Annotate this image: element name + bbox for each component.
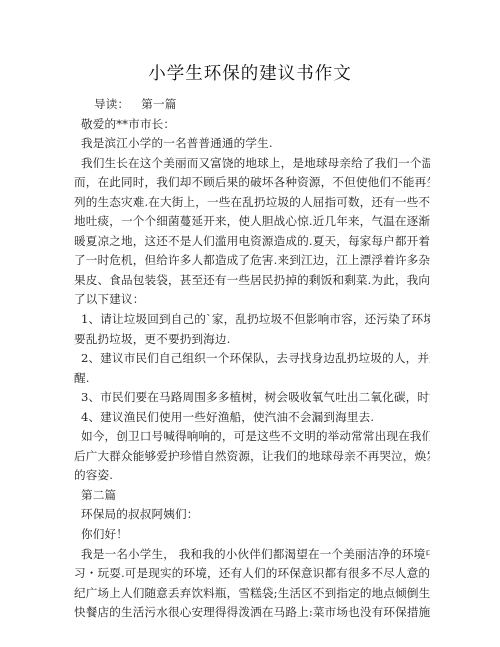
text-line: 醒. xyxy=(74,369,430,389)
text-line: 3、市民们要在马路周围多多植树，树会吸收氧气吐出二氧化碳，时空气更清新. xyxy=(74,388,430,408)
text-line: 你们好！ xyxy=(74,525,430,545)
text-line: 纪广场上人们随意丢弃饮料瓶，雪糕袋;生活区不到指定的地点倾倒生活垃圾;饭店， xyxy=(74,584,430,604)
text-line: 我是一名小学生， 我和我的小伙伴们都渴望在一个美丽洁净的环境中生活・学 xyxy=(74,545,430,565)
document-page: 小学生环保的建议书作文 导读：第一篇 敬爱的**市市长：我是滨江小学的一名普普通… xyxy=(0,0,500,647)
text-line: 第二篇 xyxy=(74,486,430,506)
lead-label: 导读： xyxy=(94,97,129,111)
lead-value: 第一篇 xyxy=(141,97,176,111)
text-line: 要乱扔垃圾，更不要扔到海边. xyxy=(74,330,430,350)
document-title: 小学生环保的建议书作文 xyxy=(0,60,500,85)
text-line: 了一时危机，但给许多人都造成了危害.来到江边，江上漂浮着许多杂物，有罐头、水 xyxy=(74,251,430,271)
text-line: 习・玩耍.可是现实的环境，还有人们的环保意识都有很多不尽人意的地方.如:新世 xyxy=(74,564,430,584)
text-line: 列的生态灾难.在大街上，一些在乱扔垃圾的人屈指可数，还有一些不讲卫生的人随 xyxy=(74,193,430,213)
text-line: 后广大群众能够爱护珍惜自然资源，让我们的地球母亲不再哭泣，焕发以前年轻美丽 xyxy=(74,447,430,467)
text-line: 环保局的叔叔阿姨们： xyxy=(74,505,430,525)
paragraph-lines: 敬爱的**市市长：我是滨江小学的一名普普通通的学生.我们生长在这个美丽而又富饶的… xyxy=(74,115,430,623)
text-line: 果皮、食品包装袋，甚至还有一些居民扔掉的剩饭和剩菜.为此，我向您诚恳地提出 xyxy=(74,271,430,291)
text-line: 快餐店的生活污水很心安理得得泼洒在马路上:菜市场也没有环保措施，常年散发着 xyxy=(74,603,430,623)
text-line: 暖夏凉之地，这还不是人们滥用电资源造成的.夏天，每家每户都开着空调，虽然解决 xyxy=(74,232,430,252)
text-line: 2、建议市民们自己组织一个环保队，去寻找身边乱扔垃圾的人，并进行教育和提 xyxy=(74,349,430,369)
text-line: 4、建议渔民们使用一些好渔船，使汽油不会漏到海里去. xyxy=(74,408,430,428)
text-line: 了以下建议： xyxy=(74,290,430,310)
text-line: 的容姿. xyxy=(74,466,430,486)
text-line: 而，在此同时，我们却不顾后果的破坏各种资源，不但使他们不能再生，还造成了一系 xyxy=(74,173,430,193)
text-line: 地吐痰，一个个细菌蔓延开来，使人胆战心惊.近几年来，气温在逐渐上升，不再是冬 xyxy=(74,212,430,232)
text-line: 如今，创卫口号喊得响响的，可是这些不文明的举动常常出现在我们眼帘，希望以 xyxy=(74,427,430,447)
text-line: 1、请让垃圾回到自己的`家，乱扔垃圾不但影响市容，还污染了环境，请市民们不 xyxy=(74,310,430,330)
lead-line: 导读：第一篇 xyxy=(74,95,430,115)
text-line: 我们生长在这个美丽而又富饶的地球上，是地球母亲给了我们一个温暖的家.然 xyxy=(74,154,430,174)
text-line: 我是滨江小学的一名普普通通的学生. xyxy=(74,134,430,154)
text-line: 敬爱的**市市长： xyxy=(74,115,430,135)
document-body: 导读：第一篇 敬爱的**市市长：我是滨江小学的一名普普通通的学生.我们生长在这个… xyxy=(74,95,430,623)
